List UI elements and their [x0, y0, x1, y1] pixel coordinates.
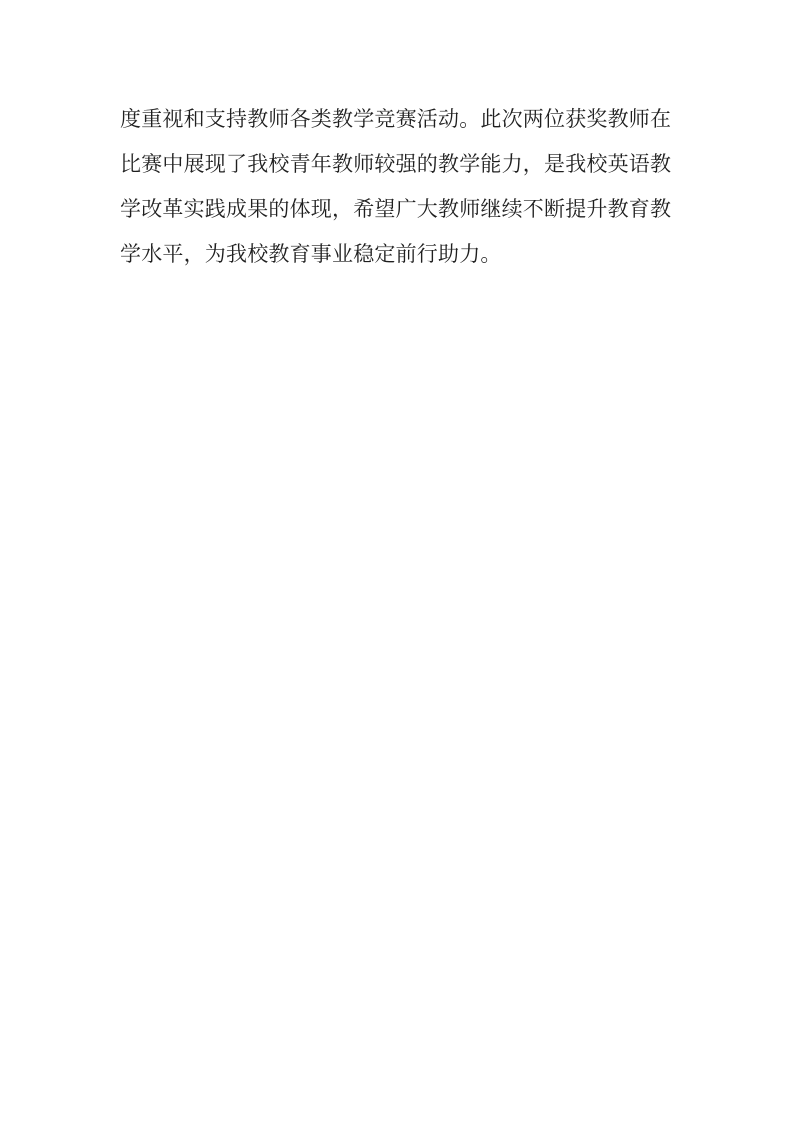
paragraph-line-2: 比赛中展现了我校青年教师较强的教学能力，是我校英语教	[120, 142, 680, 187]
paragraph-continuation: 度重视和支持教师各类教学竞赛活动。此次两位获奖教师在 比赛中展现了我校青年教师较…	[120, 97, 680, 277]
paragraph-line-1: 度重视和支持教师各类教学竞赛活动。此次两位获奖教师在	[120, 97, 680, 142]
document-body: { "page": { "background_color": "#ffffff…	[0, 0, 793, 1122]
paragraph-line-4: 学水平，为我校教育事业稳定前行助力。	[120, 232, 680, 277]
paragraph-line-3: 学改革实践成果的体现，希望广大教师继续不断提升教育教	[120, 187, 680, 232]
document-page: 度重视和支持教师各类教学竞赛活动。此次两位获奖教师在 比赛中展现了我校青年教师较…	[0, 0, 793, 1122]
